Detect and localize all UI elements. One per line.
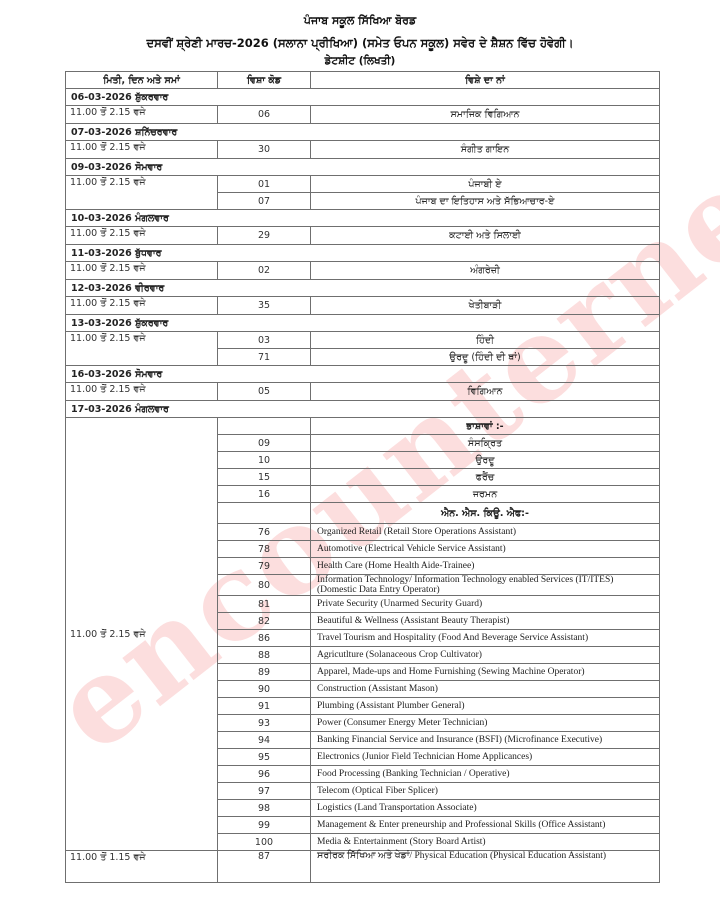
section-row: 11.00 ਤੋਂ 2.15 ਵਜੇਭਾਸ਼ਾਵਾਂ :- [66, 418, 660, 435]
subject-name: Construction (Assistant Mason) [311, 681, 660, 698]
subject-code: 97 [218, 783, 311, 800]
subject-name: ਫਰੈਂਚ [311, 469, 660, 486]
subject-code: 16 [218, 486, 311, 503]
subject-name: Banking Financial Service and Insurance … [311, 732, 660, 749]
subject-code: 02 [218, 262, 311, 280]
exam-date: 07-03-2026 ਸ਼ਨਿੱਚਰਵਾਰ [66, 124, 660, 141]
subject-name: Logistics (Land Transportation Associate… [311, 800, 660, 817]
date-row: 16-03-2026 ਸੋਮਵਾਰ [66, 366, 660, 383]
exam-time: 11.00 ਤੋਂ 2.15 ਵਜੇ [66, 262, 218, 280]
subject-code: 10 [218, 452, 311, 469]
exam-time: 11.00 ਤੋਂ 2.15 ਵਜੇ [66, 141, 218, 159]
date-row: 17-03-2026 ਮੰਗਲਵਾਰ [66, 401, 660, 418]
subject-code: 78 [218, 541, 311, 558]
exam-date: 12-03-2026 ਵੀਰਵਾਰ [66, 280, 660, 297]
subject-name: Information Technology/ Information Tech… [311, 575, 660, 596]
subject-name: Apparel, Made-ups and Home Furnishing (S… [311, 664, 660, 681]
exam-time: 11.00 ਤੋਂ 2.15 ਵਜੇ [66, 297, 218, 315]
subject-name: Agricutlture (Solanaceous Crop Cultivato… [311, 647, 660, 664]
subject-name: Automotive (Electrical Vehicle Service A… [311, 541, 660, 558]
datesheet-table: ਮਿਤੀ, ਦਿਨ ਅਤੇ ਸਮਾਂ ਵਿਸ਼ਾ ਕੋਡ ਵਿਸ਼ੇ ਦਾ ਨਾ… [65, 71, 660, 883]
subject-name: ਵਿਗਿਆਨ [311, 383, 660, 401]
subject-code: 100 [218, 834, 311, 851]
exam-time: 11.00 ਤੋਂ 2.15 ਵਜੇ [66, 176, 218, 210]
table-row: 11.00 ਤੋਂ 2.15 ਵਜੇ30ਸੰਗੀਤ ਗਾਇਨ [66, 141, 660, 159]
subject-code: 96 [218, 766, 311, 783]
subject-code: 71 [218, 349, 311, 366]
subject-code: 76 [218, 524, 311, 541]
subject-code: 86 [218, 630, 311, 647]
table-row: 11.00 ਤੋਂ 1.15 ਵਜੇ87ਸਰੀਰਕ ਸਿੱਖਿਆ ਅਤੇ ਖੇਡ… [66, 851, 660, 883]
subject-name: ਸੰਸਕ੍ਰਿਤ [311, 435, 660, 452]
subject-code: 06 [218, 106, 311, 124]
subject-code: 82 [218, 613, 311, 630]
subject-name: Food Processing (Banking Technician / Op… [311, 766, 660, 783]
exam-date: 09-03-2026 ਸੋਮਵਾਰ [66, 159, 660, 176]
subject-name: ਅੰਗਰੇਜ਼ੀ [311, 262, 660, 280]
subject-code: 81 [218, 596, 311, 613]
subject-name: ਜਰਮਨ [311, 486, 660, 503]
table-row: 11.00 ਤੋਂ 2.15 ਵਜੇ06ਸਮਾਜਿਕ ਵਿਗਿਆਨ [66, 106, 660, 124]
exam-time: 11.00 ਤੋਂ 2.15 ਵਜੇ [66, 418, 218, 851]
exam-date: 17-03-2026 ਮੰਗਲਵਾਰ [66, 401, 660, 418]
exam-time: 11.00 ਤੋਂ 1.15 ਵਜੇ [66, 851, 218, 883]
header-code: ਵਿਸ਼ਾ ਕੋਡ [218, 72, 311, 89]
table-row: 11.00 ਤੋਂ 2.15 ਵਜੇ05ਵਿਗਿਆਨ [66, 383, 660, 401]
exam-date: 13-03-2026 ਸ਼ੁੱਕਰਵਾਰ [66, 315, 660, 332]
subject-name: Media & Entertainment (Story Board Artis… [311, 834, 660, 851]
table-row: 11.00 ਤੋਂ 2.15 ਵਜੇ02ਅੰਗਰੇਜ਼ੀ [66, 262, 660, 280]
subject-code [218, 418, 311, 435]
table-row: 11.00 ਤੋਂ 2.15 ਵਜੇ35ਖੇਤੀਬਾੜੀ [66, 297, 660, 315]
languages-heading: ਭਾਸ਼ਾਵਾਂ :- [311, 418, 660, 435]
date-row: 09-03-2026 ਸੋਮਵਾਰ [66, 159, 660, 176]
subject-name: ਸਰੀਰਕ ਸਿੱਖਿਆ ਅਤੇ ਖੇਡਾਂ/ Physical Educati… [311, 851, 660, 883]
table-row: 11.00 ਤੋਂ 2.15 ਵਜੇ29ਕਟਾਈ ਅਤੇ ਸਿਲਾਈ [66, 227, 660, 245]
subject-code: 90 [218, 681, 311, 698]
board-name: ਪੰਜਾਬ ਸਕੂਲ ਸਿੱਖਿਆ ਬੋਰਡ [0, 14, 720, 28]
subject-name: Organized Retail (Retail Store Operation… [311, 524, 660, 541]
subject-code: 95 [218, 749, 311, 766]
subject-code: 35 [218, 297, 311, 315]
subject-name: ਸੰਗੀਤ ਗਾਇਨ [311, 141, 660, 159]
subject-name: ਸਮਾਜਿਕ ਵਿਗਿਆਨ [311, 106, 660, 124]
subject-code: 98 [218, 800, 311, 817]
date-row: 07-03-2026 ਸ਼ਨਿੱਚਰਵਾਰ [66, 124, 660, 141]
header-date: ਮਿਤੀ, ਦਿਨ ਅਤੇ ਸਮਾਂ [66, 72, 218, 89]
page-title: ਦਸਵੀਂ ਸ਼੍ਰੇਣੀ ਮਾਰਚ-2026 (ਸਲਾਨਾ ਪ੍ਰੀਖਿਆ) … [0, 36, 720, 51]
header-subject: ਵਿਸ਼ੇ ਦਾ ਨਾਂ [311, 72, 660, 89]
date-row: 10-03-2026 ਮੰਗਲਵਾਰ [66, 210, 660, 227]
subject-code: 94 [218, 732, 311, 749]
subject-code: 91 [218, 698, 311, 715]
date-row: 12-03-2026 ਵੀਰਵਾਰ [66, 280, 660, 297]
subject-code: 07 [218, 193, 311, 210]
exam-date: 06-03-2026 ਸ਼ੁੱਕਰਵਾਰ [66, 89, 660, 106]
subject-name: Private Security (Unarmed Security Guard… [311, 596, 660, 613]
exam-date: 16-03-2026 ਸੋਮਵਾਰ [66, 366, 660, 383]
date-row: 13-03-2026 ਸ਼ੁੱਕਰਵਾਰ [66, 315, 660, 332]
page-subtitle: ਡੇਟਸ਼ੀਟ (ਲਿਖਤੀ) [0, 55, 720, 68]
subject-code: 79 [218, 558, 311, 575]
subject-name: Management & Enter preneurship and Profe… [311, 817, 660, 834]
subject-code: 05 [218, 383, 311, 401]
subject-code: 03 [218, 332, 311, 349]
subject-name: Health Care (Home Health Aide-Trainee) [311, 558, 660, 575]
exam-time: 11.00 ਤੋਂ 2.15 ਵਜੇ [66, 332, 218, 366]
table-row: 11.00 ਤੋਂ 2.15 ਵਜੇ01ਪੰਜਾਬੀ ਏ [66, 176, 660, 193]
subject-code [218, 503, 311, 524]
subject-name: ਉਰਦੂ (ਹਿੰਦੀ ਦੀ ਥਾਂ) [311, 349, 660, 366]
table-row: 11.00 ਤੋਂ 2.15 ਵਜੇ03ਹਿੰਦੀ [66, 332, 660, 349]
subject-code: 30 [218, 141, 311, 159]
exam-time: 11.00 ਤੋਂ 2.15 ਵਜੇ [66, 106, 218, 124]
subject-code: 89 [218, 664, 311, 681]
exam-date: 10-03-2026 ਮੰਗਲਵਾਰ [66, 210, 660, 227]
subject-name: Telecom (Optical Fiber Splicer) [311, 783, 660, 800]
subject-name: ਹਿੰਦੀ [311, 332, 660, 349]
subject-name: Travel Tourism and Hospitality (Food And… [311, 630, 660, 647]
exam-time: 11.00 ਤੋਂ 2.15 ਵਜੇ [66, 227, 218, 245]
subject-code: 99 [218, 817, 311, 834]
subject-code: 15 [218, 469, 311, 486]
table-header-row: ਮਿਤੀ, ਦਿਨ ਅਤੇ ਸਮਾਂ ਵਿਸ਼ਾ ਕੋਡ ਵਿਸ਼ੇ ਦਾ ਨਾ… [66, 72, 660, 89]
subject-code: 29 [218, 227, 311, 245]
subject-code: 80 [218, 575, 311, 596]
date-row: 06-03-2026 ਸ਼ੁੱਕਰਵਾਰ [66, 89, 660, 106]
subject-name: ਪੰਜਾਬੀ ਏ [311, 176, 660, 193]
subject-name: Power (Consumer Energy Meter Technician) [311, 715, 660, 732]
subject-name: ਪੰਜਾਬ ਦਾ ਇਤਿਹਾਸ ਅਤੇ ਸੱਭਿਆਚਾਰ-ਏ [311, 193, 660, 210]
subject-name: Beautiful & Wellness (Assistant Beauty T… [311, 613, 660, 630]
subject-name: ਕਟਾਈ ਅਤੇ ਸਿਲਾਈ [311, 227, 660, 245]
exam-time: 11.00 ਤੋਂ 2.15 ਵਜੇ [66, 383, 218, 401]
subject-name: ਖੇਤੀਬਾੜੀ [311, 297, 660, 315]
subject-code: 87 [218, 851, 311, 883]
subject-name: Plumbing (Assistant Plumber General) [311, 698, 660, 715]
subject-code: 93 [218, 715, 311, 732]
subject-name: ਉਰਦੂ [311, 452, 660, 469]
nsqf-heading: ਐਨ. ਐਸ. ਕਿਊ. ਐਫ:- [311, 503, 660, 524]
subject-name: Electronics (Junior Field Technician Hom… [311, 749, 660, 766]
subject-code: 88 [218, 647, 311, 664]
date-row: 11-03-2026 ਬੁੱਧਵਾਰ [66, 245, 660, 262]
subject-code: 09 [218, 435, 311, 452]
exam-date: 11-03-2026 ਬੁੱਧਵਾਰ [66, 245, 660, 262]
subject-code: 01 [218, 176, 311, 193]
